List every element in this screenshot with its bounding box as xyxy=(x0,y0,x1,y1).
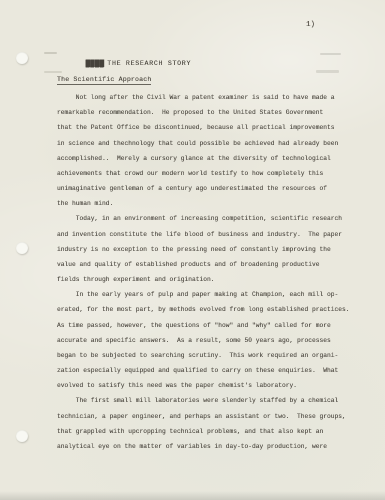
document-title: THE RESEARCH STORY xyxy=(107,60,191,67)
pencil-mark xyxy=(44,71,62,73)
section-heading: The Scientific Approach xyxy=(57,76,151,85)
paragraph: The first small mill laboratories were s… xyxy=(57,393,365,454)
punch-hole-top xyxy=(16,52,28,64)
document-page: 1) ████THE RESEARCH STORY The Scientific… xyxy=(0,0,385,500)
pencil-mark xyxy=(320,53,341,55)
pencil-mark xyxy=(44,52,57,54)
redacted-word: ████ xyxy=(86,60,105,67)
pencil-mark xyxy=(316,70,339,73)
punch-hole-bottom xyxy=(16,430,28,442)
paragraph: In the early years of pulp and paper mak… xyxy=(57,287,365,393)
paragraph: Today, in an environment of increasing c… xyxy=(57,211,365,287)
punch-hole-middle xyxy=(16,242,28,254)
document-body: Not long after the Civil War a patent ex… xyxy=(57,90,365,454)
heading-row: ████THE RESEARCH STORY xyxy=(67,53,191,74)
paragraph: Not long after the Civil War a patent ex… xyxy=(57,90,365,211)
page-number: 1) xyxy=(306,21,315,29)
